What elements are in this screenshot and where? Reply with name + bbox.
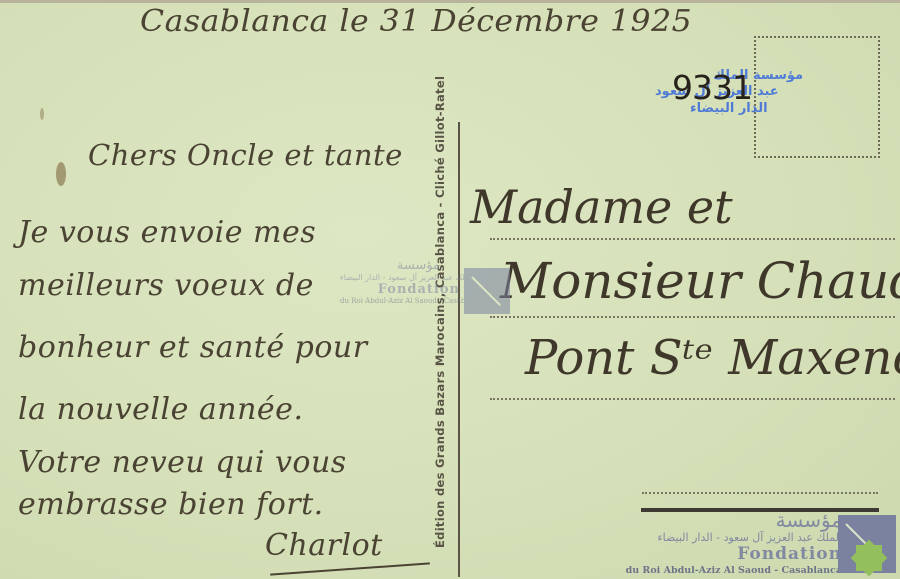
message-line: Je vous envoie mes [18, 215, 316, 250]
salutation: Chers Oncle et tante [88, 138, 403, 172]
watermark-arabic-title: مؤسسة [340, 258, 440, 273]
watermark-arabic-subtitle: الملك عبد العزيز آل سعود - الدار البيضاء [582, 530, 842, 545]
message-line: Votre neveu qui vous [18, 445, 347, 480]
foundation-watermark: مؤسسة الملك عبد العزيز آل سعود - الدار ا… [582, 510, 842, 577]
address-dotted-line [490, 316, 895, 318]
ink-stain [56, 162, 66, 186]
watermark-arabic-title: مؤسسة [582, 510, 842, 530]
message-line: bonheur et santé pour [18, 330, 368, 365]
message-line: embrasse bien fort. [18, 487, 324, 522]
message-line: la nouvelle année. [18, 392, 303, 427]
address-dotted-line [490, 398, 895, 400]
watermark-subtitle: du Roi Abdul-Aziz Al Saoud - Casablanca [582, 564, 842, 577]
center-watermark: مؤسسة الملك عبد العزيز آل سعود - الدار ا… [340, 258, 510, 305]
dateline: Casablanca le 31 Décembre 1925 [140, 4, 692, 39]
signature-flourish [270, 562, 430, 575]
watermark-title: Fondation [340, 282, 460, 297]
address-dotted-line [642, 492, 878, 494]
address-line: Monsieur Chaudé [500, 252, 900, 310]
watermark-arabic-subtitle: الملك عبد العزيز آل سعود - الدار البيضاء [340, 273, 462, 282]
address-line: Madame et [470, 180, 733, 234]
foundation-logo [838, 515, 896, 573]
watermark-title: Fondation [582, 545, 842, 564]
watermark-subtitle: du Roi Abdul-Aziz Al Saoud - Casablanca [340, 297, 460, 305]
message-line: meilleurs voeux de [18, 268, 314, 303]
address-dotted-line [490, 238, 895, 240]
postcard-back: Casablanca le 31 Décembre 1925 Chers Onc… [0, 0, 900, 579]
center-divider [458, 122, 460, 577]
publisher-imprint: Édition des Grands Bazars Marocains, Cas… [433, 76, 447, 548]
watermark-logo [464, 268, 510, 314]
signature: Charlot [265, 528, 383, 563]
address-line: Pont Sᵗᵉ Maxence [525, 330, 900, 386]
inventory-number: 9331 [672, 68, 752, 107]
ink-speck [40, 108, 44, 120]
